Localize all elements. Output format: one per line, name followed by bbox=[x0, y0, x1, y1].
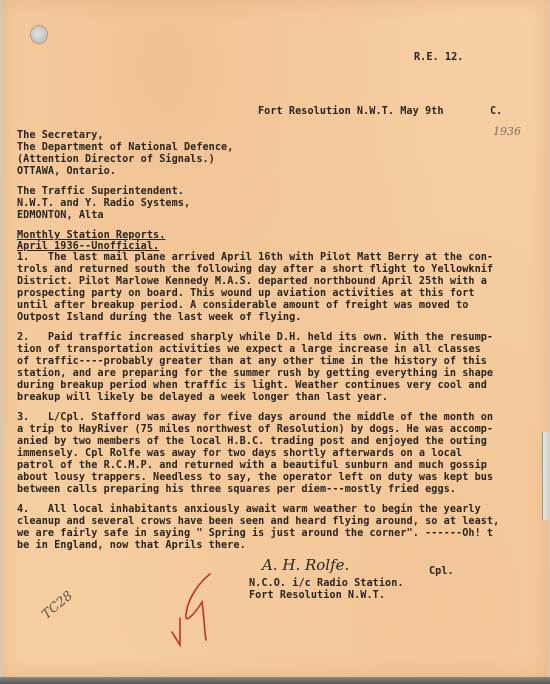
punch-hole bbox=[31, 26, 47, 43]
paragraph-line: about lousy trappers. Needless to say, t… bbox=[17, 472, 493, 484]
paragraph-line: of traffic----probably greater than at a… bbox=[17, 356, 487, 368]
paragraph-line: immensely. Cpl Rolfe was away for two da… bbox=[17, 448, 462, 460]
paragraph-line: 3. L/Cpl. Stafford was away for five day… bbox=[17, 412, 493, 424]
recipient-line: The Secretary, bbox=[17, 130, 104, 142]
letter-page: R.E. 12. Fort Resolution N.W.T. May 9th … bbox=[2, 0, 548, 677]
paragraph-line: trols and returned south the following d… bbox=[17, 264, 493, 276]
paragraph-line: patrol of the R.C.M.P. and returned with… bbox=[17, 460, 487, 472]
paragraph-line: a trip to HayRiver (75 miles northwest o… bbox=[17, 424, 493, 436]
signature-title-1: N.C.O. i/c Radio Station. bbox=[249, 578, 404, 590]
recipient-line: The Department of National Defence, bbox=[17, 142, 233, 154]
subject-line-2: April 1936--Unofficial. bbox=[17, 241, 159, 253]
signature-title-2: Fort Resolution N.W.T. bbox=[249, 590, 385, 602]
paragraph-line: until after breakup period. A considerab… bbox=[17, 300, 468, 312]
dateline-mark: C. bbox=[490, 106, 502, 118]
paragraph-line: breakup will likely be delayed a week lo… bbox=[17, 392, 388, 404]
recipient-line: The Traffic Superintendent. bbox=[17, 186, 184, 198]
red-check-mark-icon bbox=[162, 570, 222, 650]
paragraph-line: between calls preparing his three square… bbox=[17, 484, 456, 496]
pencil-note: TC28 bbox=[39, 588, 76, 622]
paragraph-line: be in England, now that Aprils there. bbox=[17, 540, 246, 552]
paragraph-line: 2. Paid traffic increased sharply while … bbox=[17, 332, 493, 344]
paragraph-line: during breakup period when traffic is li… bbox=[17, 380, 487, 392]
reference-number: R.E. 12. bbox=[414, 52, 463, 64]
scan-edge bbox=[0, 677, 550, 684]
paragraph-line: 1. The last mail plane arrived April 16t… bbox=[17, 252, 493, 264]
handwritten-year: 1936 bbox=[493, 125, 521, 138]
paragraph-line: anied by two members of the local H.B.C.… bbox=[17, 436, 487, 448]
dateline: Fort Resolution N.W.T. May 9th bbox=[258, 106, 444, 118]
paragraph-line: we are fairly safe in saying " Spring is… bbox=[17, 528, 493, 540]
subject-line-1: Monthly Station Reports. bbox=[17, 230, 165, 242]
recipient-line: N.W.T. and Y. Radio Systems, bbox=[17, 198, 190, 210]
signature-rank: Cpl. bbox=[429, 566, 454, 578]
recipient-line: EDMONTON, Alta bbox=[17, 210, 104, 222]
paragraph-line: tion of transportation activities we exp… bbox=[17, 344, 481, 356]
paragraph-line: District. Pilot Marlowe Kennedy M.A.S. d… bbox=[17, 276, 487, 288]
handwritten-signature: A. H. Rolfe. bbox=[262, 556, 349, 574]
paragraph-line: station, and are preparing for the summe… bbox=[17, 368, 493, 380]
paragraph-line: 4. All local inhabitants anxiously await… bbox=[17, 504, 481, 516]
recipient-line: (Attention Director of Signals.) bbox=[17, 154, 215, 166]
paragraph-line: Outpost Island during the last week of f… bbox=[17, 312, 301, 324]
attached-tab bbox=[542, 432, 550, 520]
recipient-line: OTTAWA, Ontario. bbox=[17, 166, 116, 178]
paragraph-line: cleanup and several crows have been seen… bbox=[17, 516, 499, 528]
paragraph-line: prospecting party on board. This wound u… bbox=[17, 288, 475, 300]
